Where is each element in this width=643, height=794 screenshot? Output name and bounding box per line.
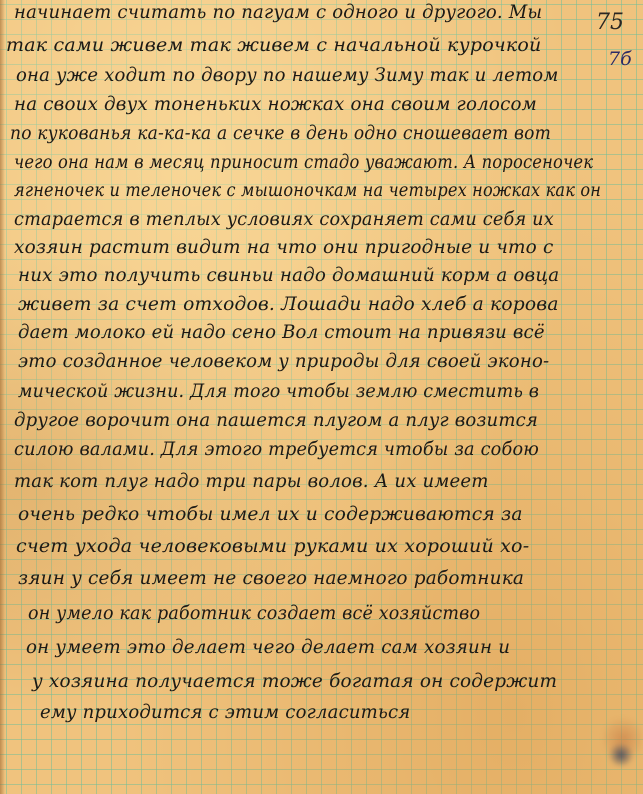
handwritten-line: на своих двух тоненьких ножках она своим…: [14, 95, 537, 114]
handwritten-line: ему приходится с этим согласиться: [40, 703, 410, 722]
handwritten-line: это созданное человеком у природы для св…: [18, 352, 549, 371]
handwritten-line: хозяин растит видит на что они пригодные…: [14, 238, 554, 257]
handwritten-line: у хозяина получается тоже богатая он сод…: [32, 672, 557, 691]
handwritten-line: по кукованья ка-ка-ка а сечке в день одн…: [10, 124, 551, 143]
handwritten-line: силою валами. Для этого требуется чтобы …: [14, 440, 539, 459]
handwritten-line: счет ухода человековыми руками их хороши…: [16, 537, 529, 556]
handwritten-line: так кот плуг надо три пары волов. А их и…: [14, 472, 489, 491]
handwritten-line: начинает считать по пагуам с одного и др…: [14, 3, 542, 22]
handwritten-line: так сами живем так живем с начальной кур…: [6, 36, 541, 55]
notebook-page: 75 7б начинает считать по пагуам с одног…: [0, 0, 643, 794]
handwritten-line: ягненочек и теленочек с мышоночкам на че…: [14, 181, 601, 200]
handwritten-line: она уже ходит по двору по нашему Зиму та…: [16, 66, 559, 85]
handwritten-line: другое ворочит она пашется плугом а плуг…: [14, 411, 538, 430]
page-number-annotation: 7б: [608, 50, 632, 69]
page-number: 75: [596, 12, 624, 34]
handwritten-line: мической жизни. Для того чтобы землю сме…: [18, 382, 539, 401]
handwritten-line: дает молоко ей надо сено Вол стоит на пр…: [18, 323, 545, 342]
handwritten-line: он умело как работник создает всё хозяйс…: [28, 604, 480, 623]
handwritten-line: он умеет это делает чего делает сам хозя…: [26, 638, 510, 657]
handwritten-line: старается в теплых условиях сохраняет са…: [14, 210, 554, 229]
page-edge-shadow: [0, 0, 5, 794]
handwritten-line: очень редко чтобы имел их и содерживаютс…: [18, 505, 523, 524]
handwritten-line: чего она нам в месяц приносит стадо уваж…: [14, 153, 593, 172]
handwritten-line: них это получить свиньи надо домашний ко…: [18, 266, 559, 285]
handwritten-line: зяин у себя имеет не своего наемного раб…: [18, 569, 524, 588]
ink-blot: [607, 744, 635, 766]
handwritten-line: живет за счет отходов. Лошади надо хлеб …: [18, 295, 559, 314]
